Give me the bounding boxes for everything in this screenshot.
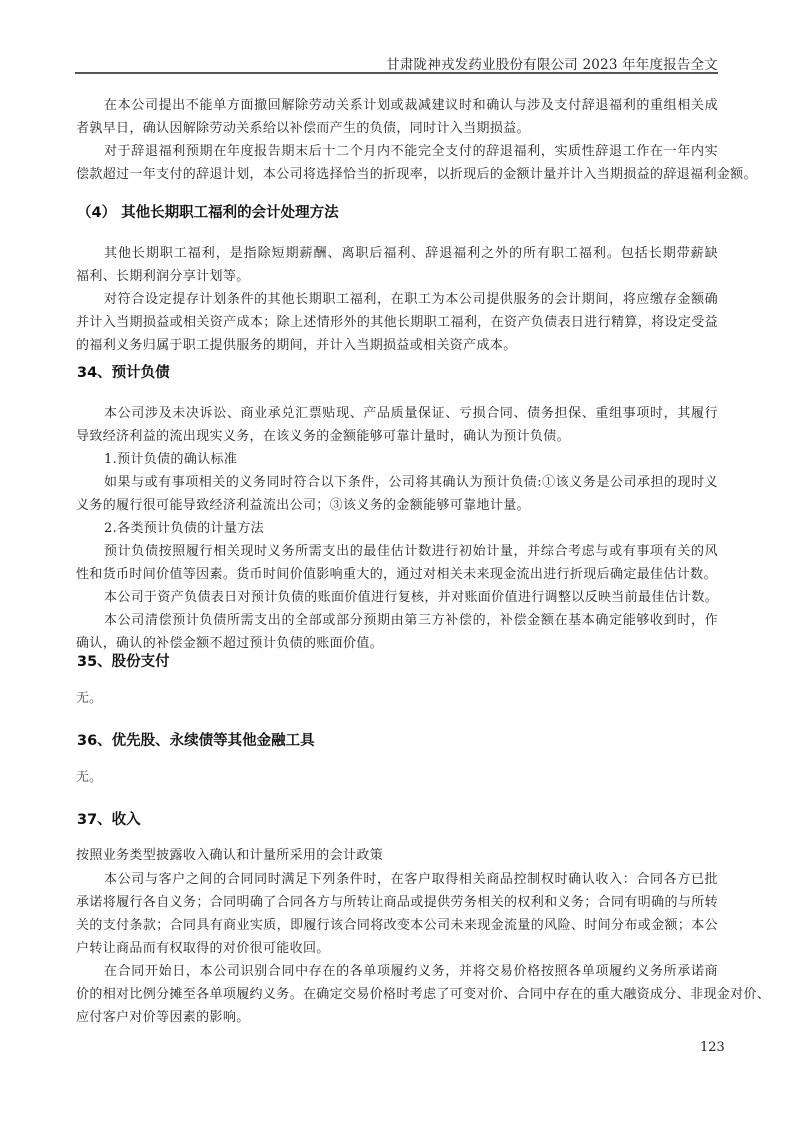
paragraph-line: 并计入当期损益或相关资产成本；除上述情形外的其他长期职工福利，在资产负债表日进行… bbox=[76, 314, 718, 332]
section-heading-35: 35、股份支付 bbox=[77, 652, 170, 672]
section-heading-4: （4） 其他长期职工福利的会计处理方法 bbox=[77, 203, 339, 223]
paragraph-line: 对符合设定提存计划条件的其他长期职工福利，在职工为本公司提供服务的会计期间，将应… bbox=[104, 291, 718, 309]
paragraph-line: 本公司清偿预计负债所需支出的全部或部分预期由第三方补偿的，补偿金额在基本确定能够… bbox=[104, 612, 718, 630]
paragraph-line: 的福利义务归属于职工提供服务的期间，并计入当期损益或相关资产成本。 bbox=[76, 337, 718, 355]
paragraph-line: 在合同开始日，本公司识别合同中存在的各单项履约义务，并将交易价格按照各单项履约义… bbox=[104, 963, 718, 981]
paragraph-line: 价的相对比例分摊至各单项履约义务。在确定交易价格时考虑了可变对价、合同中存在的重… bbox=[76, 986, 718, 1004]
section-heading-36: 36、优先股、永续债等其他金融工具 bbox=[77, 731, 315, 751]
paragraph-line: 1.预计负债的确认标准 bbox=[104, 451, 718, 469]
paragraph-line: 在本公司提出不能单方面撤回解除劳动关系计划或裁减建议时和确认与涉及支付辞退福利的… bbox=[104, 97, 718, 115]
paragraph-line: 者孰早日，确认因解除劳动关系给以补偿而产生的负债，同时计入当期损益。 bbox=[76, 120, 718, 138]
paragraph-line: 性和货币时间价值等因素。货币时间价值影响重大的，通过对相关未来现金流出进行折现后… bbox=[76, 566, 718, 584]
document-page: 甘肃陇神戎发药业股份有限公司 2023 年年度报告全文 在本公司提出不能单方面撤… bbox=[0, 0, 793, 1122]
paragraph-line: 应付客户对价等因素的影响。 bbox=[76, 1009, 718, 1027]
section-37-subheading: 按照业务类型披露收入确认和计量所采用的会计政策 bbox=[76, 847, 718, 865]
paragraph-line: 义务的履行很可能导致经济利益流出公司；③该义务的金额能够可靠地计量。 bbox=[76, 497, 718, 515]
paragraph-line: 本公司涉及未决诉讼、商业承兑汇票贴现、产品质量保证、亏损合同、债务担保、重组事项… bbox=[104, 405, 718, 423]
section-heading-34: 34、预计负债 bbox=[77, 363, 170, 383]
section-36-content: 无。 bbox=[76, 769, 102, 787]
page-number: 123 bbox=[700, 1040, 725, 1055]
paragraph-line: 如果与或有事项相关的义务同时符合以下条件，公司将其确认为预计负债:①该义务是公司… bbox=[104, 474, 718, 492]
header-rule bbox=[75, 72, 718, 74]
section-35-content: 无。 bbox=[76, 690, 102, 708]
paragraph-line: 户转让商品而有权取得的对价很可能收回。 bbox=[76, 940, 718, 958]
paragraph-line: 对于辞退福利预期在年度报告期末后十二个月内不能完全支付的辞退福利，实质性辞退工作… bbox=[104, 143, 718, 161]
paragraph-line: 本公司于资产负债表日对预计负债的账面价值进行复核，并对账面价值进行调整以反映当前… bbox=[104, 589, 718, 607]
paragraph-line: 预计负债按照履行相关现时义务所需支出的最佳估计数进行初始计量，并综合考虑与或有事… bbox=[104, 543, 718, 561]
paragraph-line: 本公司与客户之间的合同同时满足下列条件时，在客户取得相关商品控制权时确认收入：合… bbox=[104, 871, 718, 889]
paragraph-line: 福利、长期利润分享计划等。 bbox=[76, 268, 718, 286]
paragraph-line: 2.各类预计负债的计量方法 bbox=[104, 520, 718, 538]
paragraph-line: 关的支付条款；合同具有商业实质，即履行该合同将改变本公司未来现金流量的风险、时间… bbox=[76, 917, 718, 935]
running-header: 甘肃陇神戎发药业股份有限公司 2023 年年度报告全文 bbox=[386, 53, 718, 73]
paragraph-line: 偿款超过一年支付的辞退计划，本公司将选择恰当的折现率，以折现后的金额计量并计入当… bbox=[76, 166, 718, 184]
paragraph-line: 其他长期职工福利，是指除短期薪酬、离职后福利、辞退福利之外的所有职工福利。包括长… bbox=[104, 245, 718, 263]
section-heading-37: 37、收入 bbox=[77, 810, 141, 830]
paragraph-line: 确认，确认的补偿金额不超过预计负债的账面价值。 bbox=[76, 635, 718, 653]
paragraph-line: 导致经济利益的流出现实义务，在该义务的金额能够可靠计量时，确认为预计负债。 bbox=[76, 428, 718, 446]
paragraph-line: 承诺将履行各自义务；合同明确了合同各方与所转让商品或提供劳务相关的权利和义务；合… bbox=[76, 894, 718, 912]
